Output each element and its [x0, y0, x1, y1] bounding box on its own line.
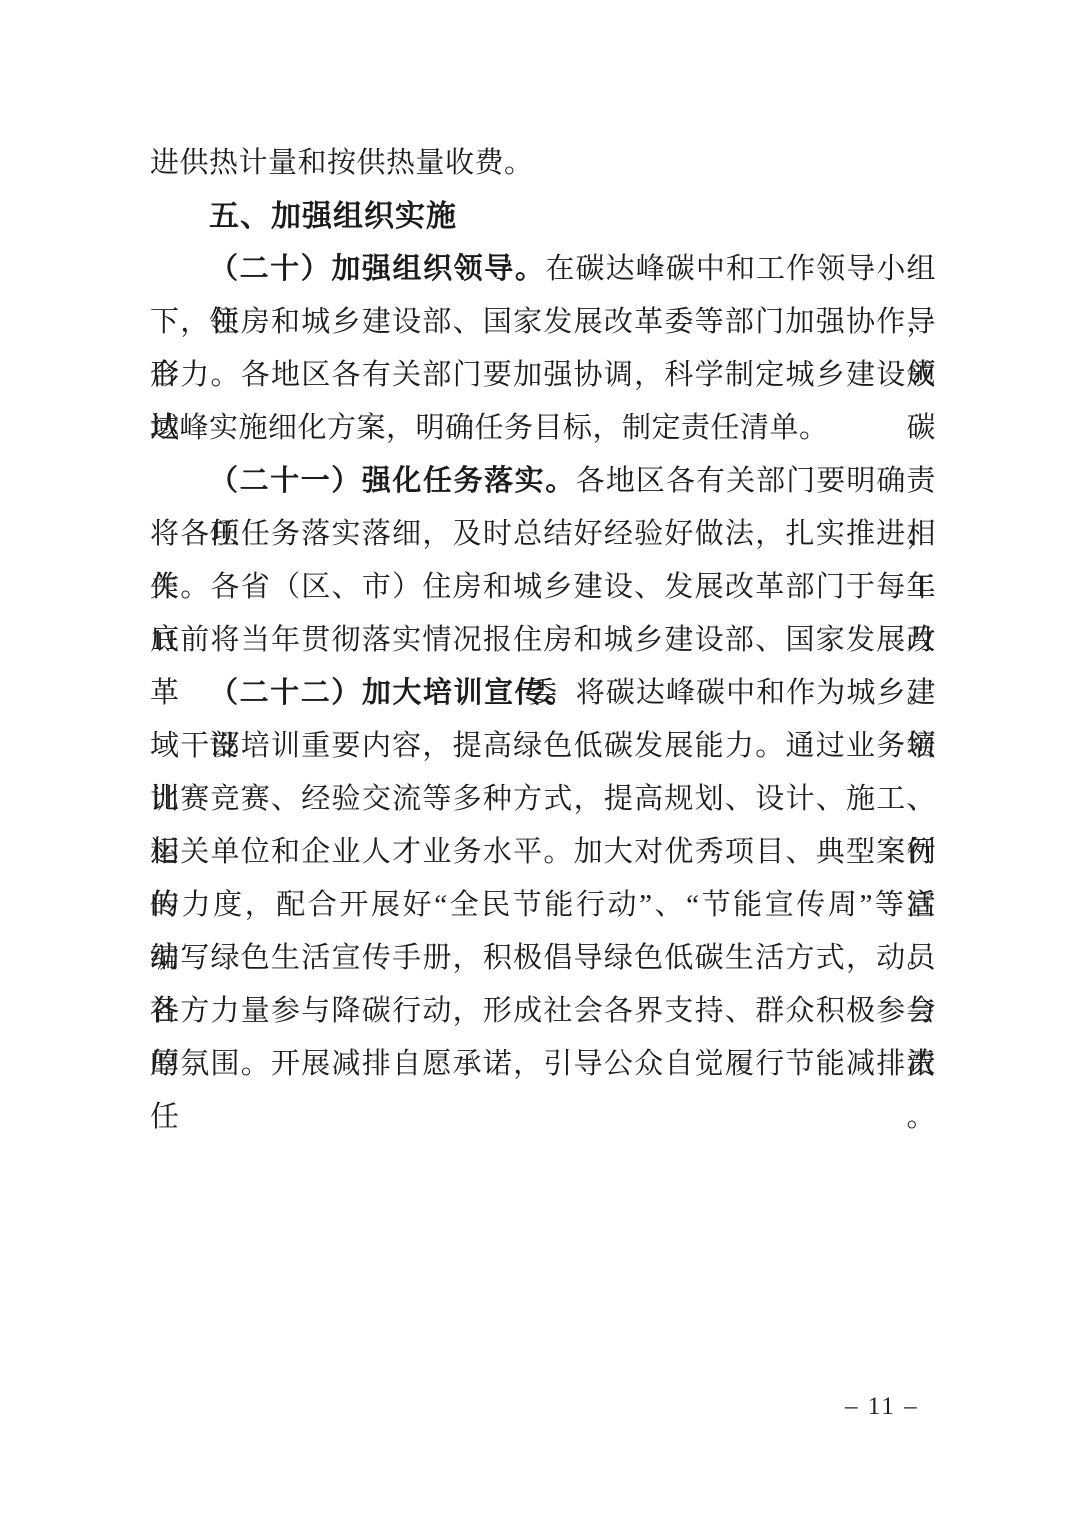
text-line: （二十一）强化任务落实。各地区各有关部门要明确责任，	[150, 455, 936, 508]
text-line: 下，住房和城乡建设部、国家发展改革委等部门加强协作，形成	[150, 296, 936, 349]
text-run: 进供热计量和按供热量收费。	[150, 147, 534, 179]
text-line: 厚氛围。开展减排自愿承诺，引导公众自觉履行节能减排责任。	[150, 1038, 936, 1091]
text-run: 五、加强组织实施	[209, 200, 457, 233]
text-line: 将各项任务落实落细，及时总结好经验好做法，扎实推进相关工	[150, 508, 936, 561]
text-line: 合力。各地区各有关部门要加强协调，科学制定城乡建设领域碳	[150, 349, 936, 402]
text-line: 各方力量参与降碳行动，形成社会各界支持、群众积极参与的浓	[150, 985, 936, 1038]
page-number: – 11 –	[845, 1392, 965, 1422]
text-line: 编写绿色生活宣传手册，积极倡导绿色低碳生活方式，动员社会	[150, 932, 936, 985]
text-line: 作。各省（区、市）住房和城乡建设、发展改革部门于每年 11 月	[150, 561, 936, 614]
text-line: 比赛竞赛、经验交流等多种方式，提高规划、设计、施工、运行	[150, 773, 936, 826]
text-line: （二十二）加大培训宣传。将碳达峰碳中和作为城乡建设领	[150, 667, 936, 720]
section-heading: 五、加强组织实施	[150, 190, 936, 243]
document-lines: 进供热计量和按供热量收费。五、加强组织实施（二十）加强组织领导。在碳达峰碳中和工…	[150, 137, 936, 1091]
text-run: 达峰实施细化方案，明确任务目标，制定责任清单。	[150, 412, 829, 444]
paragraph-lead: （二十）加强组织领导。	[209, 253, 545, 285]
paragraph-lead: （二十二）加大培训宣传。	[209, 677, 576, 709]
paragraph-lead: （二十一）强化任务落实。	[209, 465, 576, 497]
text-line: 相关单位和企业人才业务水平。加大对优秀项目、典型案例的宣	[150, 826, 936, 879]
text-run: 厚氛围。开展减排自愿承诺，引导公众自觉履行节能减排责任。	[150, 1048, 936, 1133]
text-line: 传力度，配合开展好“全民节能行动”、“节能宣传周”等活动。	[150, 879, 936, 932]
text-line: （二十）加强组织领导。在碳达峰碳中和工作领导小组领导	[150, 243, 936, 296]
document-page: 进供热计量和按供热量收费。五、加强组织实施（二十）加强组织领导。在碳达峰碳中和工…	[0, 0, 1080, 1527]
text-line: 底前将当年贯彻落实情况报住房和城乡建设部、国家发展改革委。	[150, 614, 936, 667]
text-line: 域干部培训重要内容，提高绿色低碳发展能力。通过业务培训、	[150, 720, 936, 773]
text-line: 达峰实施细化方案，明确任务目标，制定责任清单。	[150, 402, 936, 455]
text-line: 进供热计量和按供热量收费。	[150, 137, 936, 190]
